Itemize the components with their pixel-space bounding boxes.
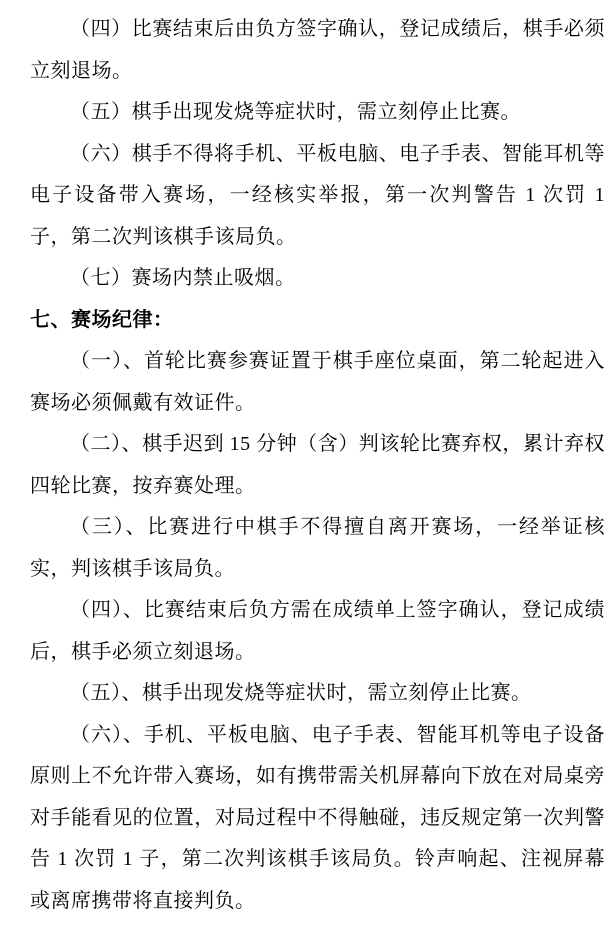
paragraph: （六）、手机、平板电脑、电子手表、智能耳机等电子设备原则上不允许带入赛场，如有携… (30, 715, 605, 923)
document-body: （四）比赛结束后由负方签字确认，登记成绩后，棋手必须立刻退场。（五）棋手出现发烧… (30, 9, 605, 922)
paragraph: （六）棋手不得将手机、平板电脑、电子手表、智能耳机等电子设备带入赛场，一经核实举… (30, 134, 605, 259)
paragraph: （五）、棋手出现发烧等症状时，需立刻停止比赛。 (30, 673, 605, 715)
paragraph: （四）、比赛结束后负方需在成绩单上签字确认，登记成绩后，棋手必须立刻退场。 (30, 590, 605, 673)
paragraph: （五）棋手出现发烧等症状时，需立刻停止比赛。 (30, 92, 605, 134)
paragraph: （三）、比赛进行中棋手不得擅自离开赛场，一经举证核实，判该棋手该局负。 (30, 507, 605, 590)
paragraph: （七）赛场内禁止吸烟。 (30, 258, 605, 300)
paragraph: （一）、首轮比赛参赛证置于棋手座位桌面，第二轮起进入赛场必须佩戴有效证件。 (30, 341, 605, 424)
paragraph: （四）比赛结束后由负方签字确认，登记成绩后，棋手必须立刻退场。 (30, 9, 605, 92)
document-page: （四）比赛结束后由负方签字确认，登记成绩后，棋手必须立刻退场。（五）棋手出现发烧… (0, 0, 616, 950)
section-heading: 七、赛场纪律： (30, 300, 605, 342)
paragraph: （二）、棋手迟到 15 分钟（含）判该轮比赛弃权，累计弃权四轮比赛，按弃赛处理。 (30, 424, 605, 507)
